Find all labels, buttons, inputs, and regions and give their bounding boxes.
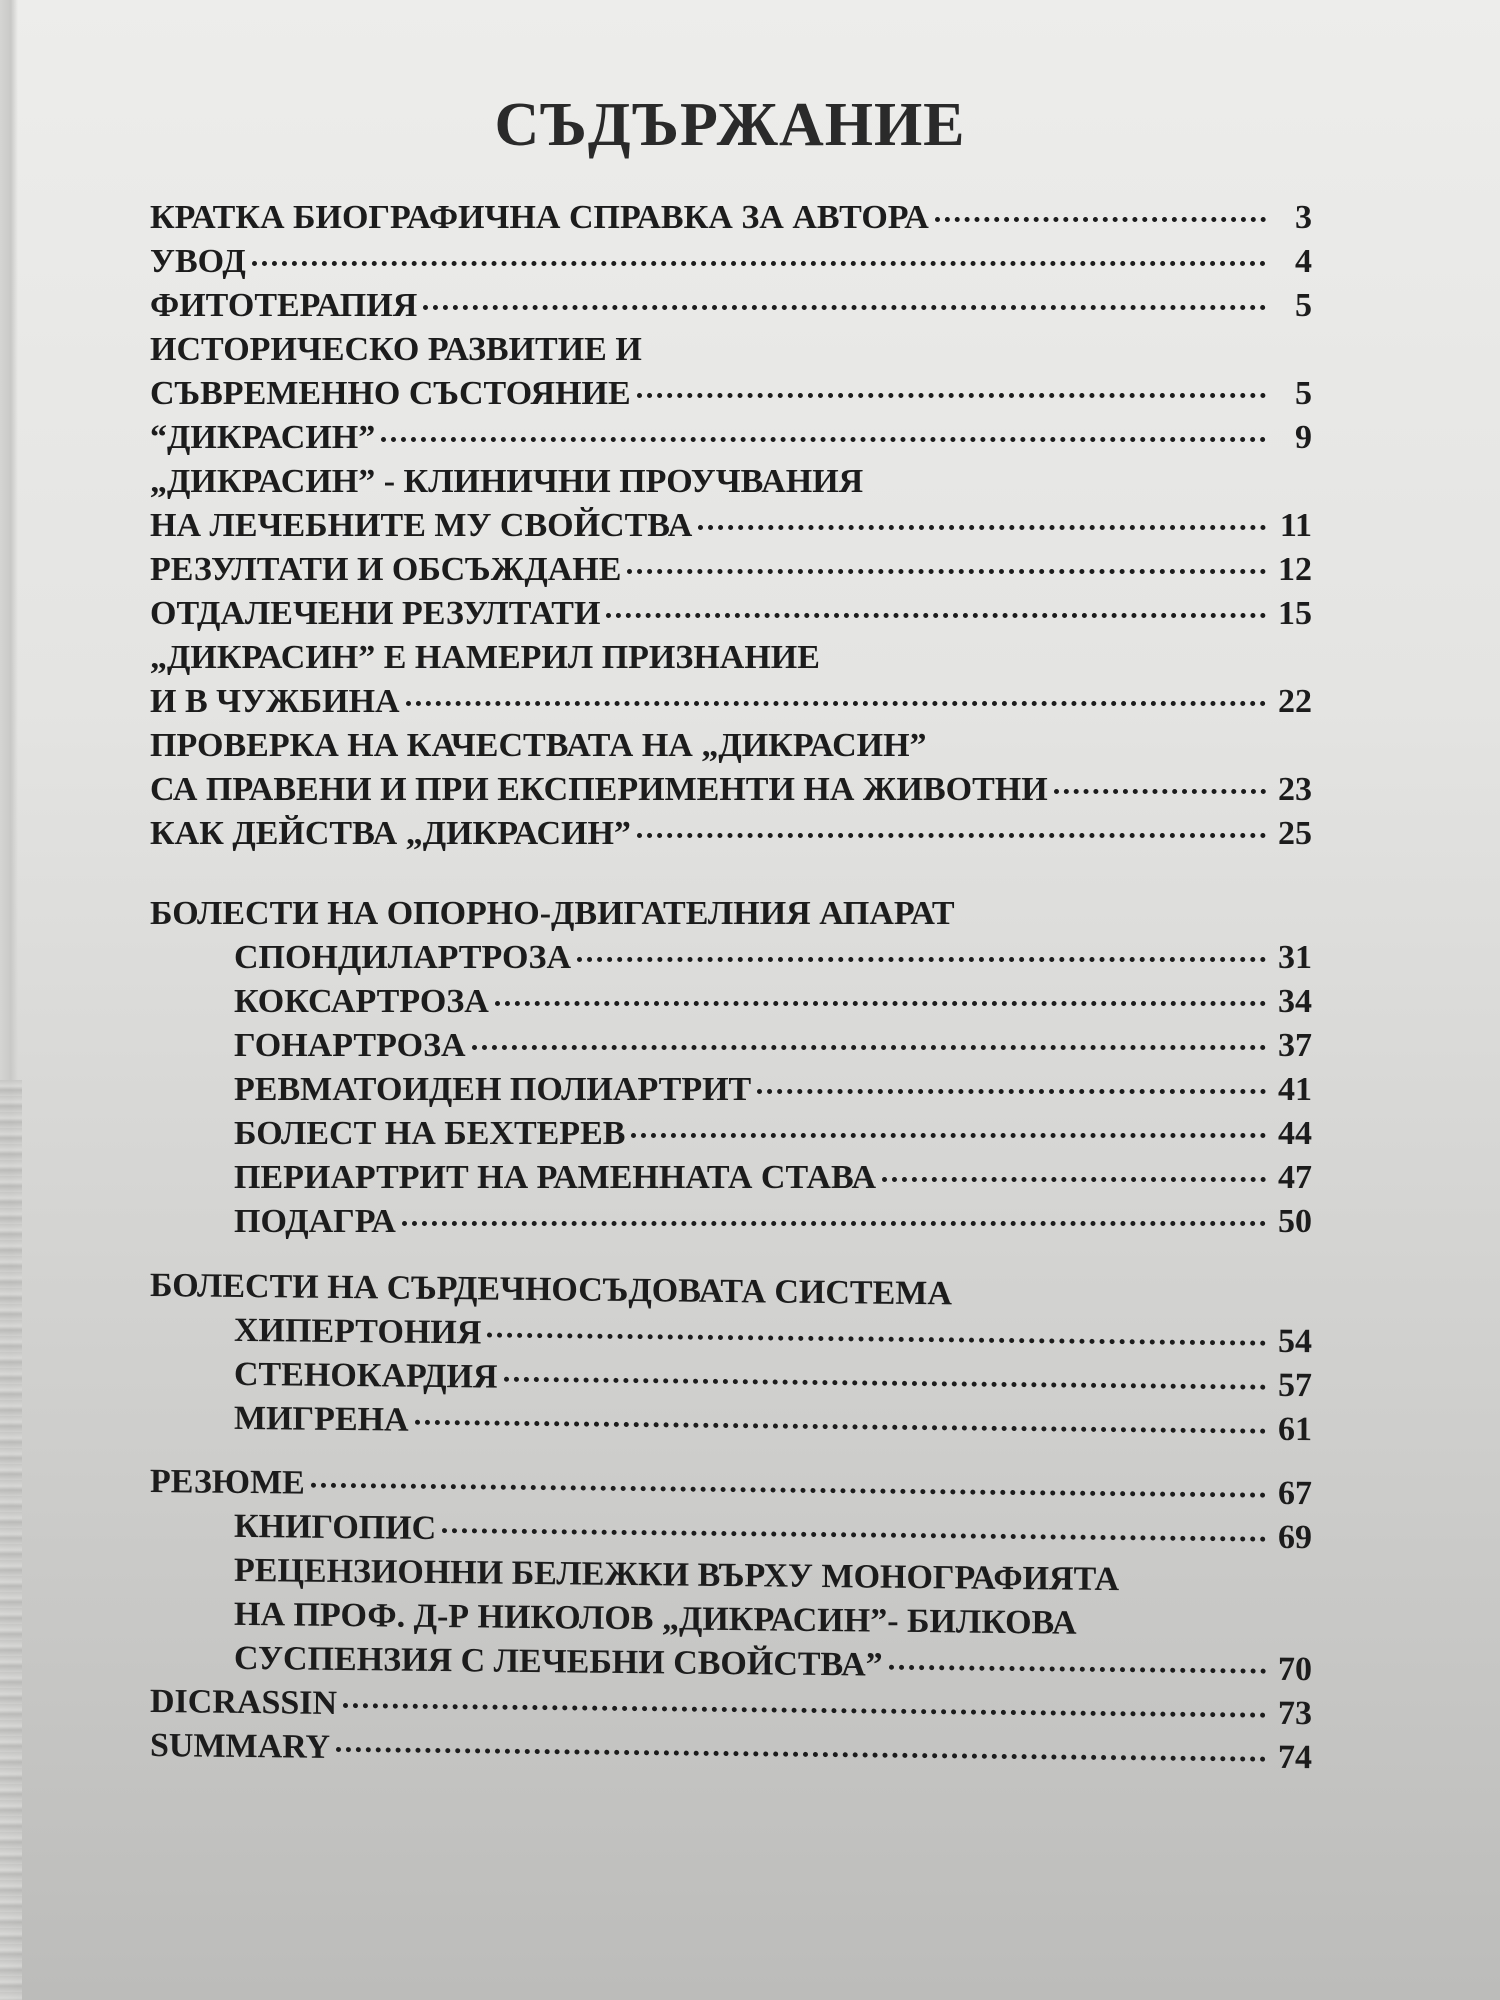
dot-leader [311, 1483, 1266, 1498]
toc-page-number: 15 [1272, 592, 1312, 636]
toc-entry-label: КАК ДЕЙСТВА „ДИКРАСИН” [150, 812, 631, 856]
toc-entry-mechanism[interactable]: КАК ДЕЙСТВА „ДИКРАСИН” 25 [150, 812, 1312, 856]
dot-leader [423, 305, 1266, 310]
stacked-page-edges [0, 1080, 22, 2000]
toc-page-number: 3 [1272, 196, 1312, 240]
toc-entry-dicrasin[interactable]: “ДИКРАСИН” 9 [150, 416, 1312, 460]
toc-entry-label: КРАТКА БИОГРАФИЧНА СПРАВКА ЗА АВТОРА [150, 196, 929, 240]
dot-leader [504, 1377, 1266, 1390]
lower-toc-block: БОЛЕСТИ НА СЪРДЕЧНОСЪДОВАТА СИСТЕМА ХИПЕ… [150, 1264, 1312, 1780]
dot-leader [698, 525, 1266, 530]
dot-leader [442, 1528, 1266, 1542]
toc-entry-label: ПОДАГРА [234, 1200, 396, 1244]
toc-entry-label: СПОНДИЛАРТРОЗА [234, 936, 571, 980]
toc-page-number: 41 [1272, 1068, 1312, 1112]
toc-entry-label: SUMMARY [150, 1724, 330, 1770]
dot-leader [637, 833, 1266, 838]
toc-entry-label: И В ЧУЖБИНА [150, 680, 400, 724]
dot-leader [627, 569, 1266, 574]
dot-leader [935, 217, 1266, 222]
dot-leader [757, 1089, 1266, 1094]
toc-entry-history-line1[interactable]: ИСТОРИЧЕСКО РАЗВИТИЕ И [150, 328, 1312, 372]
toc-entry-clinical-studies[interactable]: НА ЛЕЧЕБНИТЕ МУ СВОЙСТВА 11 [150, 504, 1312, 548]
toc-entry-label: “ДИКРАСИН” [150, 416, 375, 460]
toc-entry-animal-tests-line1[interactable]: ПРОВЕРКА НА КАЧЕСТВАТА НА „ДИКРАСИН” [150, 724, 1312, 768]
dot-leader [336, 1747, 1266, 1762]
dot-leader [637, 393, 1266, 398]
dot-leader [472, 1045, 1266, 1050]
toc-entry-shoulder-periarthritis[interactable]: ПЕРИАРТРИТ НА РАМЕННАТА СТАВА 47 [150, 1156, 1312, 1200]
toc-entry-clinical-line1[interactable]: „ДИКРАСИН” - КЛИНИЧНИ ПРОУЧВАНИЯ [150, 460, 1312, 504]
toc-page-number: 4 [1272, 240, 1312, 284]
dot-leader [487, 1333, 1266, 1346]
toc-entry-label: РЕЗЮМЕ [150, 1460, 305, 1506]
toc-page-number: 23 [1272, 768, 1312, 812]
toc-page-number: 12 [1272, 548, 1312, 592]
toc-page-number: 50 [1272, 1200, 1312, 1244]
dot-leader [889, 1665, 1266, 1674]
toc-entry-label: НА ЛЕЧЕБНИТЕ МУ СВОЙСТВА [150, 504, 692, 548]
toc-entry-gonarthrosis[interactable]: ГОНАРТРОЗА 37 [150, 1024, 1312, 1068]
toc-entry-recognition-abroad[interactable]: И В ЧУЖБИНА 22 [150, 680, 1312, 724]
toc-entry-label: КНИГОПИС [234, 1505, 436, 1551]
toc-entry-author-bio[interactable]: КРАТКА БИОГРАФИЧНА СПРАВКА ЗА АВТОРА 3 [150, 196, 1312, 240]
toc-entry-gout[interactable]: ПОДАГРА 50 [150, 1200, 1312, 1244]
dot-leader [406, 701, 1266, 706]
dot-leader [343, 1703, 1266, 1718]
toc-page-number: 5 [1272, 284, 1312, 328]
toc-entry-label: ФИТОТЕРАПИЯ [150, 284, 417, 328]
toc-entry-label: СЪВРЕМЕННО СЪСТОЯНИЕ [150, 372, 631, 416]
toc-page-number: 70 [1272, 1648, 1312, 1692]
toc-page-number: 57 [1272, 1364, 1312, 1408]
toc-entry-label: РЕВМАТОИДЕН ПОЛИАРТРИТ [234, 1068, 751, 1112]
toc-entry-coxarthrosis[interactable]: КОКСАРТРОЗА 34 [150, 980, 1312, 1024]
toc-page-number: 61 [1272, 1408, 1312, 1452]
dot-leader [415, 1420, 1266, 1434]
toc-entry-long-term-results[interactable]: ОТДАЛЕЧЕНИ РЕЗУЛТАТИ 15 [150, 592, 1312, 636]
dot-leader [631, 1133, 1266, 1138]
dot-leader [495, 1001, 1266, 1006]
toc-entry-label: DICRASSIN [150, 1680, 337, 1726]
toc-page-number: 69 [1272, 1516, 1312, 1560]
toc-page-number: 5 [1272, 372, 1312, 416]
toc-page-number: 73 [1272, 1692, 1312, 1736]
dot-leader [402, 1221, 1266, 1226]
toc-entry-label: КОКСАРТРОЗА [234, 980, 489, 1024]
toc-entry-label: ХИПЕРТОНИЯ [234, 1309, 481, 1356]
dot-leader [1054, 789, 1266, 794]
toc-entry-history[interactable]: СЪВРЕМЕННО СЪСТОЯНИЕ 5 [150, 372, 1312, 416]
page-title: СЪДЪРЖАНИЕ [0, 90, 1460, 161]
toc-page-number: 37 [1272, 1024, 1312, 1068]
table-of-contents: КРАТКА БИОГРАФИЧНА СПРАВКА ЗА АВТОРА 3 У… [150, 196, 1312, 1768]
toc-entry-label: ГОНАРТРОЗА [234, 1024, 466, 1068]
dot-leader [252, 261, 1266, 266]
toc-page-number: 22 [1272, 680, 1312, 724]
toc-page-number: 31 [1272, 936, 1312, 980]
toc-entry-spondylarthrosis[interactable]: СПОНДИЛАРТРОЗА 31 [150, 936, 1312, 980]
toc-entry-label: СУСПЕНЗИЯ С ЛЕЧЕБНИ СВОЙСТВА” [234, 1637, 883, 1688]
toc-entry-rheumatoid-polyarthritis[interactable]: РЕВМАТОИДЕН ПОЛИАРТРИТ 41 [150, 1068, 1312, 1112]
toc-page-number: 9 [1272, 416, 1312, 460]
toc-entry-label: РЕЗУЛТАТИ И ОБСЪЖДАНЕ [150, 548, 621, 592]
toc-entry-label: СА ПРАВЕНИ И ПРИ ЕКСПЕРИМЕНТИ НА ЖИВОТНИ [150, 768, 1048, 812]
toc-entry-label: ОТДАЛЕЧЕНИ РЕЗУЛТАТИ [150, 592, 600, 636]
section-heading-musculoskeletal[interactable]: БОЛЕСТИ НА ОПОРНО-ДВИГАТЕЛНИЯ АПАРАТ [150, 892, 1312, 936]
dot-leader [606, 613, 1266, 618]
toc-page-number: 44 [1272, 1112, 1312, 1156]
toc-page-number: 34 [1272, 980, 1312, 1024]
toc-entry-phytotherapy[interactable]: ФИТОТЕРАПИЯ 5 [150, 284, 1312, 328]
toc-entry-label: УВОД [150, 240, 246, 284]
toc-entry-recognition-line1[interactable]: „ДИКРАСИН” Е НАМЕРИЛ ПРИЗНАНИЕ [150, 636, 1312, 680]
dot-leader [882, 1177, 1266, 1182]
dot-leader [577, 957, 1266, 962]
toc-entry-bechterew[interactable]: БОЛЕСТ НА БЕХТЕРЕВ 44 [150, 1112, 1312, 1156]
toc-entry-introduction[interactable]: УВОД 4 [150, 240, 1312, 284]
dot-leader [381, 437, 1266, 442]
toc-entry-animal-experiments[interactable]: СА ПРАВЕНИ И ПРИ ЕКСПЕРИМЕНТИ НА ЖИВОТНИ… [150, 768, 1312, 812]
toc-entry-label: БОЛЕСТ НА БЕХТЕРЕВ [234, 1112, 625, 1156]
toc-page-number: 47 [1272, 1156, 1312, 1200]
toc-entry-results-discussion[interactable]: РЕЗУЛТАТИ И ОБСЪЖДАНЕ 12 [150, 548, 1312, 592]
toc-page-number: 25 [1272, 812, 1312, 856]
toc-entry-label: МИГРЕНА [234, 1397, 409, 1443]
toc-page-number: 54 [1272, 1320, 1312, 1364]
toc-entry-label: ПЕРИАРТРИТ НА РАМЕННАТА СТАВА [234, 1156, 876, 1200]
toc-page-number: 67 [1272, 1472, 1312, 1516]
toc-entry-label: СТЕНОКАРДИЯ [234, 1353, 498, 1400]
toc-page-number: 74 [1272, 1736, 1312, 1780]
toc-page-number: 11 [1272, 504, 1312, 548]
